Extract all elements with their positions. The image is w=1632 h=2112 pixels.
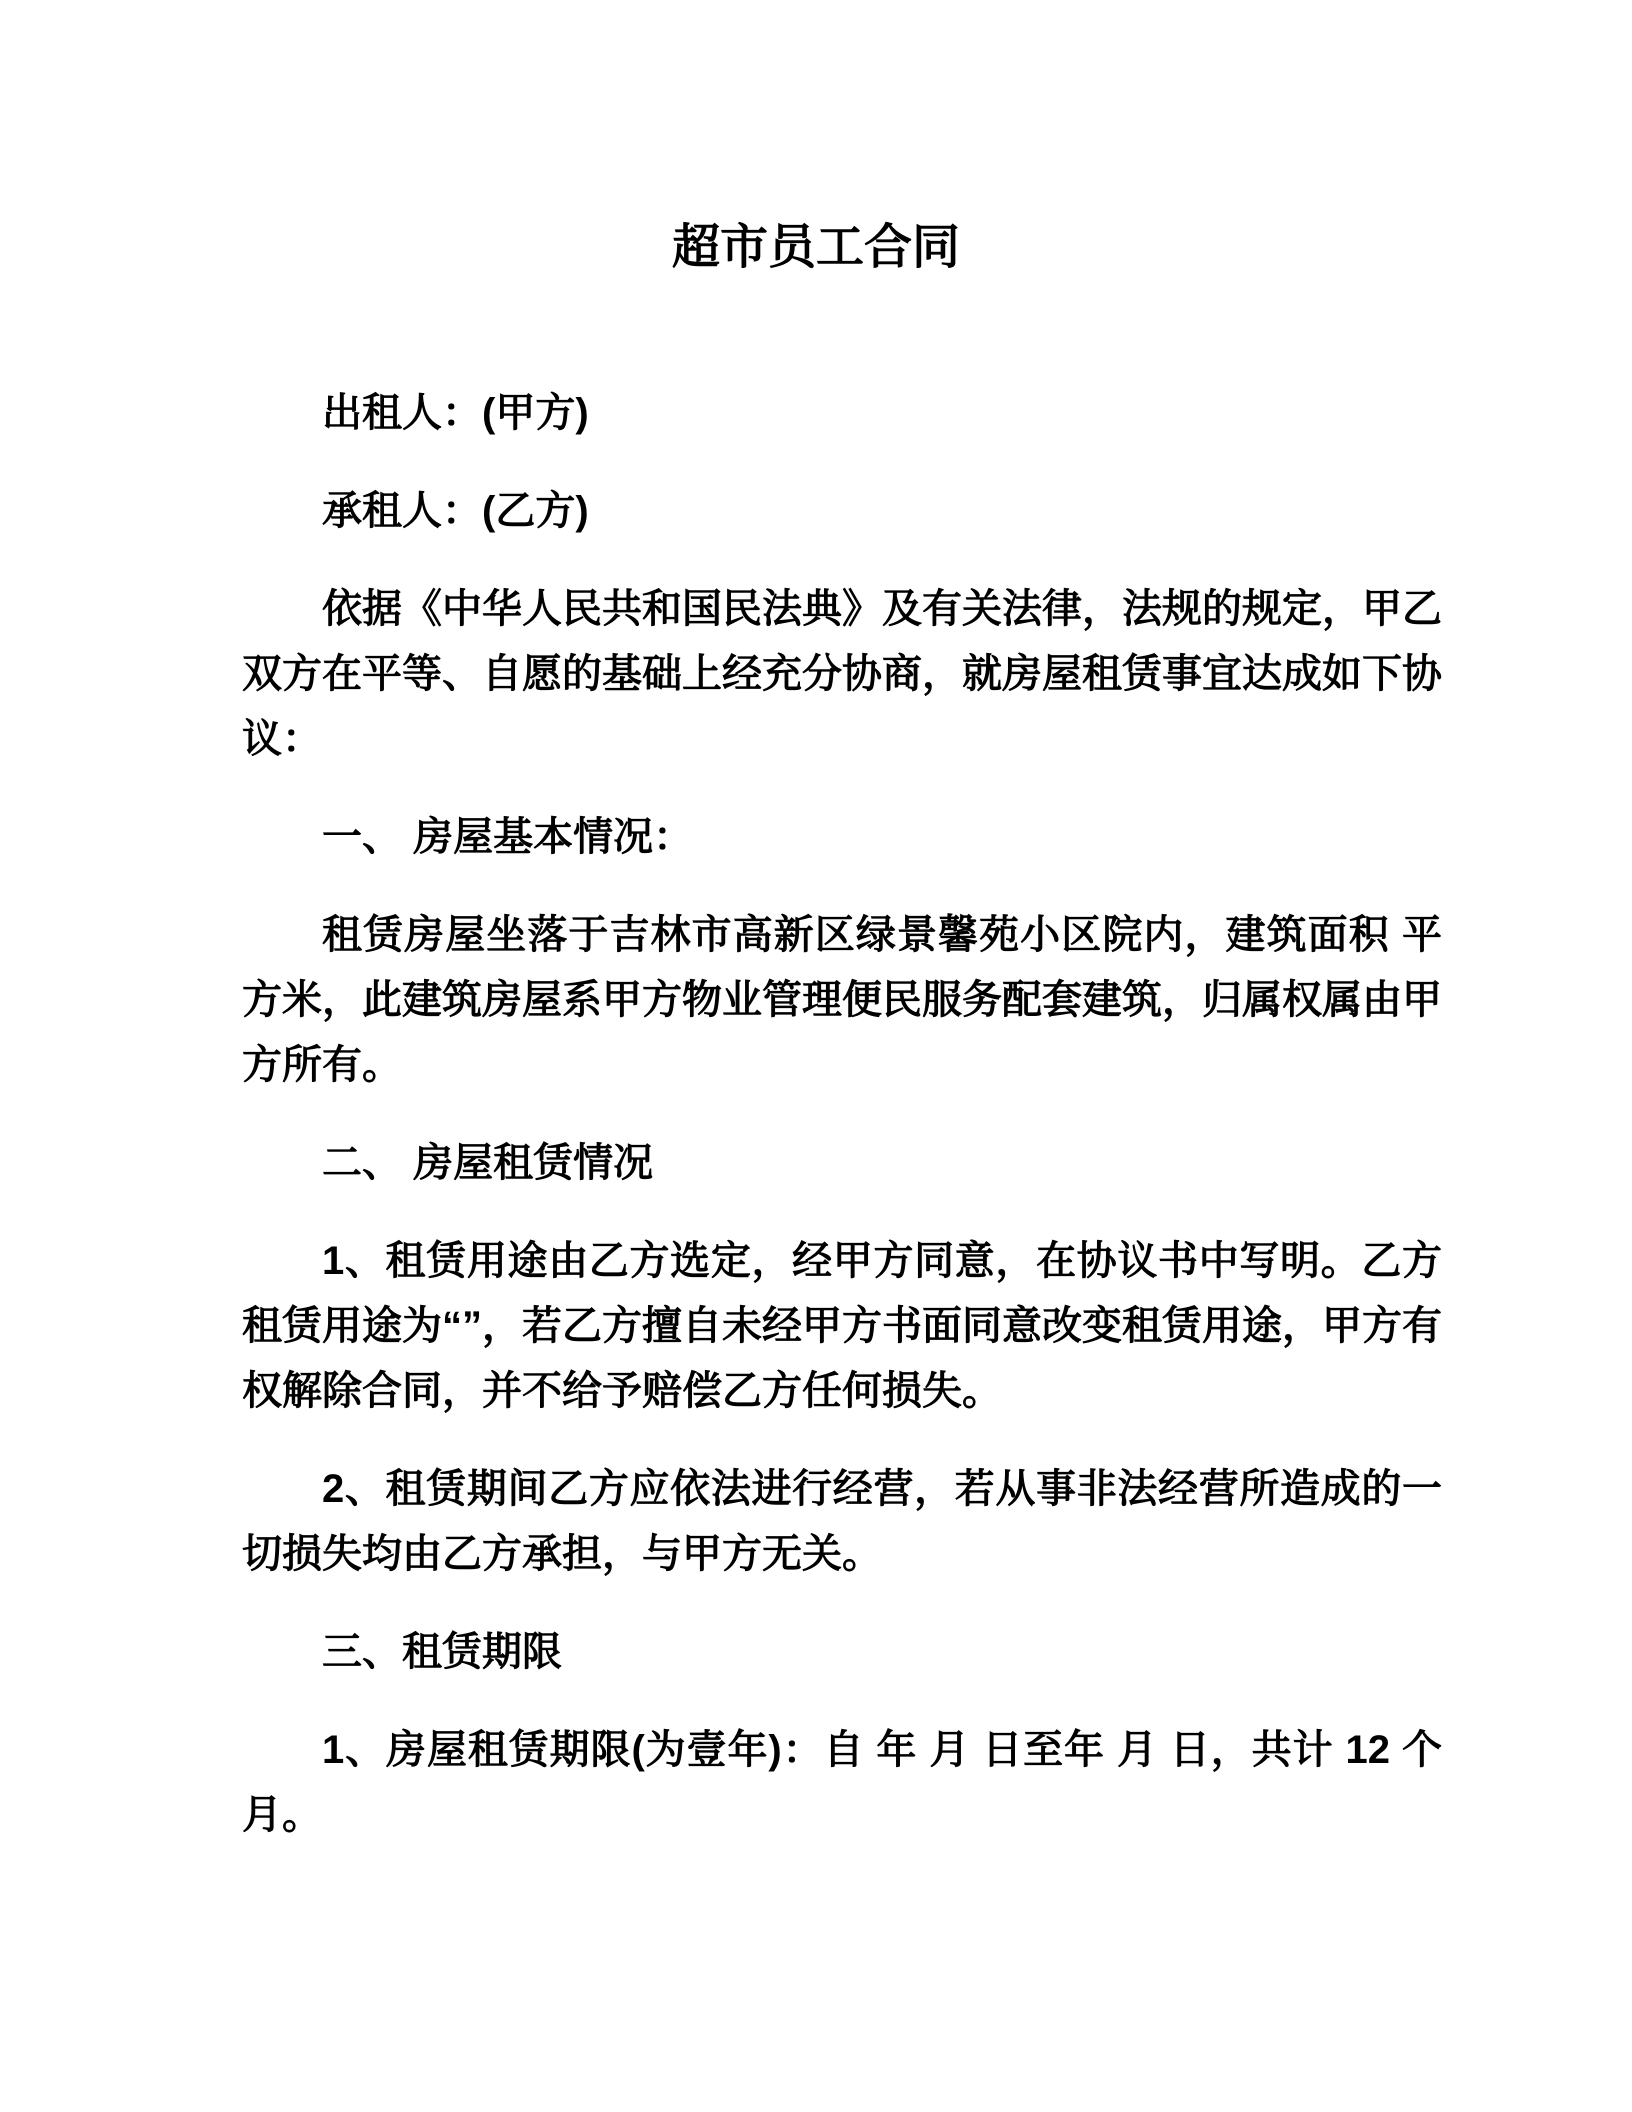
body-paragraph: 1、租赁用途由乙方选定，经甲方同意，在协议书中写明。乙方租赁用途为“”，若乙方擅… <box>242 1229 1442 1424</box>
section-heading: 一、 房屋基本情况： <box>242 805 1442 870</box>
party-label: 承租人：(乙方) <box>242 479 1442 544</box>
body-paragraph: 2、租赁期间乙方应依法进行经营，若从事非法经营所造成的一切损失均由乙方承担，与甲… <box>242 1457 1442 1587</box>
body-paragraph: 1、房屋租赁期限(为壹年)：自 年 月 日至年 月 日，共计 12 个月。 <box>242 1718 1442 1848</box>
document-title: 超市员工合同 <box>0 222 1632 274</box>
document-body: 出租人：(甲方)承租人：(乙方)依据《中华人民共和国民法典》及有关法律，法规的规… <box>242 381 1442 1848</box>
section-heading: 三、租赁期限 <box>242 1620 1442 1685</box>
body-paragraph: 租赁房屋坐落于吉林市高新区绿景馨苑小区院内，建筑面积 平方米，此建筑房屋系甲方物… <box>242 903 1442 1098</box>
section-heading: 二、 房屋租赁情况 <box>242 1131 1442 1196</box>
party-label: 出租人：(甲方) <box>242 381 1442 446</box>
body-paragraph: 依据《中华人民共和国民法典》及有关法律，法规的规定，甲乙双方在平等、自愿的基础上… <box>242 577 1442 772</box>
document-page: 超市员工合同 出租人：(甲方)承租人：(乙方)依据《中华人民共和国民法典》及有关… <box>0 0 1632 2112</box>
